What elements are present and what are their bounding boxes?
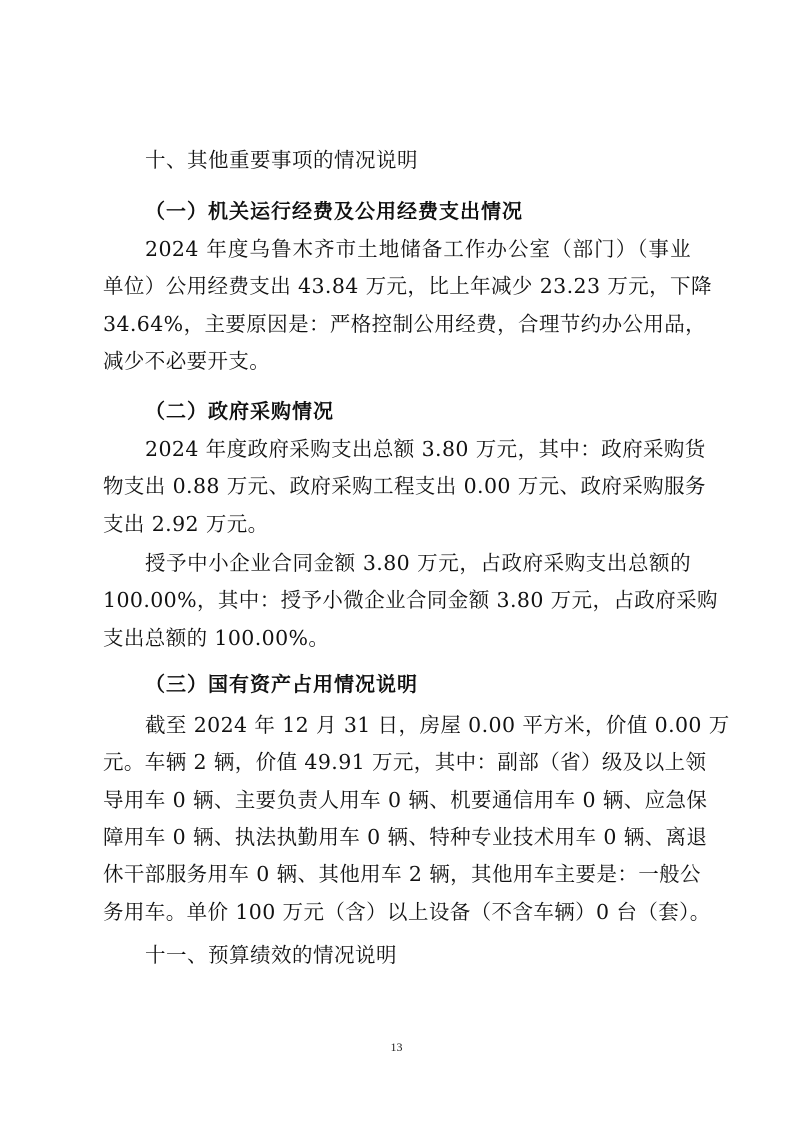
paragraph-line: 务用车。单价 100 万元（含）以上设备（不含车辆）0 台（套）。 — [103, 899, 691, 925]
subheading-public-expenses: （一）机关运行经费及公用经费支出情况 — [145, 198, 691, 224]
paragraph-line: 导用车 0 辆、主要负责人用车 0 辆、机要通信用车 0 辆、应急保 — [103, 787, 691, 813]
paragraph-line: 休干部服务用车 0 辆、其他用车 2 辆，其他用车主要是：一般公 — [103, 861, 691, 887]
paragraph-line: 物支出 0.88 万元、政府采购工程支出 0.00 万元、政府采购服务 — [103, 473, 691, 499]
paragraph-line: 元。车辆 2 辆，价值 49.91 万元，其中：副部（省）级及以上领 — [103, 749, 691, 775]
paragraph-line: 截至 2024 年 12 月 31 日，房屋 0.00 平方米，价值 0.00 … — [145, 712, 691, 738]
paragraph-line: 2024 年度政府采购支出总额 3.80 万元，其中：政府采购货 — [145, 436, 691, 462]
paragraph-line: 支出总额的 100.00%。 — [103, 625, 691, 651]
paragraph-line: 2024 年度乌鲁木齐市土地储备工作办公室（部门）（事业 — [145, 236, 691, 262]
paragraph-line: 34.64%，主要原因是：严格控制公用经费，合理节约办公用品， — [103, 311, 691, 337]
subheading-state-assets: （三）国有资产占用情况说明 — [145, 671, 691, 697]
paragraph-line: 障用车 0 辆、执法执勤用车 0 辆、特种专业技术用车 0 辆、离退 — [103, 824, 691, 850]
paragraph-line: 授予中小企业合同金额 3.80 万元，占政府采购支出总额的 — [145, 550, 691, 576]
section-heading-11: 十一、预算绩效的情况说明 — [145, 942, 691, 968]
page-number: 13 — [0, 1040, 793, 1055]
section-heading-10: 十、其他重要事项的情况说明 — [145, 147, 691, 173]
paragraph-line: 减少不必要开支。 — [103, 348, 691, 374]
paragraph-line: 支出 2.92 万元。 — [103, 511, 691, 537]
subheading-procurement: （二）政府采购情况 — [145, 398, 691, 424]
paragraph-line: 100.00%，其中：授予小微企业合同金额 3.80 万元，占政府采购 — [103, 587, 691, 613]
paragraph-line: 单位）公用经费支出 43.84 万元，比上年减少 23.23 万元，下降 — [103, 273, 691, 299]
